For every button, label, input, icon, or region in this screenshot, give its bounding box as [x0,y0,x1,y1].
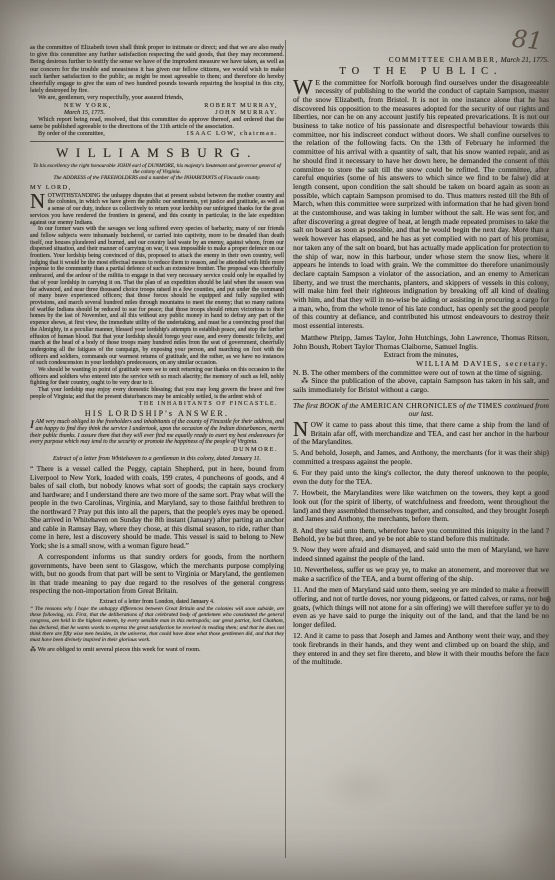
chronicles-verse-5: 5. And behold, Joseph, and James, and An… [293,449,549,466]
scan-smudge [320,762,400,812]
by-order-line: By order of the committee, [30,130,105,137]
signature-john-murray: JOHN MURRAY. [215,109,284,116]
drop-cap-n: N [30,193,48,209]
address-paragraph-2: In our former wars with the savages we l… [30,226,284,367]
fincastle-signoff: THE INHABITANTS OF FINCASTLE. [30,401,284,408]
drop-cap-w: W [293,79,315,95]
address-paragraph-4: That your lordship may enjoy every domes… [30,387,284,400]
committee-report-continuation: as the committee of Elizabeth town shall… [30,44,284,94]
american-chronicles-heading: The first BOOK of the AMERICAN CHRONICLE… [293,402,549,419]
chronicles-verse-11: 11. And the men of Maryland said unto th… [293,586,549,630]
chronicles-verse-4: NOW it came to pass about this time, tha… [293,421,549,447]
address-of-line: The ADDRESS of the FREEHOLDERS and a num… [30,175,284,181]
order-row: By order of the committee, ISAAC LOW, ch… [30,130,284,137]
norfolk-committee-body: WE the committee for Norfolk borough fin… [293,79,549,331]
committee-chamber-dateline: COMMITTEE CHAMBER, March 21, 1775. [293,56,549,65]
dunmore-signature: DUNMORE. [30,446,284,453]
dateline-date: March 15, 1775. [30,109,105,116]
london-letter-heading: Extract of a letter from London, dated J… [30,599,284,606]
chronicles-verse-9: 9. Now they were afraid and dismayed, an… [293,546,549,563]
chronicles-verse-6: 6. For they paid unto the king's collect… [293,469,549,486]
newspaper-scan-page: 81 as the committee of Elizabeth town sh… [0,0,555,880]
whitehaven-letter-heading: Extract of a letter from Whitehaven to a… [30,455,284,462]
committee-signers: Matthew Phripp, James Taylor, John Hutch… [293,334,549,351]
chronicles-verse-10: 10. Nevertheless, suffer us we pray ye, … [293,566,549,583]
chronicles-verse-12: 12. And it came to pass that Joseph and … [293,632,549,667]
signature-robert-murray: ROBERT MURRAY, [204,102,284,109]
chronicles-verse-8: 8. And they said unto them, wherefore ha… [293,527,549,544]
williamsburg-heading: WILLIAMSBURG. [30,145,284,161]
dateline-signature-row-2: March 15, 1775. JOHN MURRAY. [30,109,284,116]
scan-smudge [495,818,555,878]
left-column: as the committee of Elizabeth town shall… [30,44,284,654]
dateline-place: NEW YORK, [30,102,112,109]
dateline-place: COMMITTEE CHAMBER, [389,55,499,64]
section-rule [30,141,284,142]
dateline-signature-row-1: NEW YORK, ROBERT MURRAY, [30,102,284,109]
address-paragraph-3: We should be wanting in point of gratitu… [30,367,284,387]
whitehaven-letter-body: “ There is a vessel called the Peggy, ca… [30,465,284,550]
editor-omission-note: ⁂ We are obliged to omit several pieces … [30,646,284,653]
correspondent-note: A correspondent informs us that sundry o… [30,553,284,596]
to-the-public-heading: TO THE PUBLIC. [293,66,549,77]
answer-paragraph: IAM very much obliged to the freeholders… [30,419,284,446]
sampson-postscript: ⁂ Since the publication of the above, ca… [293,377,549,394]
drop-cap-n: N [293,421,311,437]
chronicles-verse-7: 7. Howbeit, the Marylandites were like w… [293,489,549,524]
address-paragraph-1: NOTWITHSTANDING the unhappy disputes tha… [30,193,284,227]
chronicles-rule [293,399,549,400]
scan-smudge [70,852,190,880]
london-letter-body: “ The reasons why I hope the unhappy dif… [30,606,284,644]
column-divider [285,40,286,858]
salutation-my-lord: MY LORD, [30,184,284,191]
right-column: COMMITTEE CHAMBER, March 21, 1775. TO TH… [293,56,549,670]
handwritten-page-number: 81 [511,24,544,55]
address-to-line: To his excellency the right honourable J… [30,163,284,176]
lordships-answer-heading: HIS LORDSHIP's ANSWER. [30,409,284,418]
signature-isaac-low: ISAAC LOW, chairman. [187,130,284,137]
dateline-date: March 21, 1775. [501,55,549,64]
report-closing-line: We are, gentlemen, very respectfully, yo… [30,94,284,101]
report-resolution: Which report being read, resolved, that … [30,116,284,130]
